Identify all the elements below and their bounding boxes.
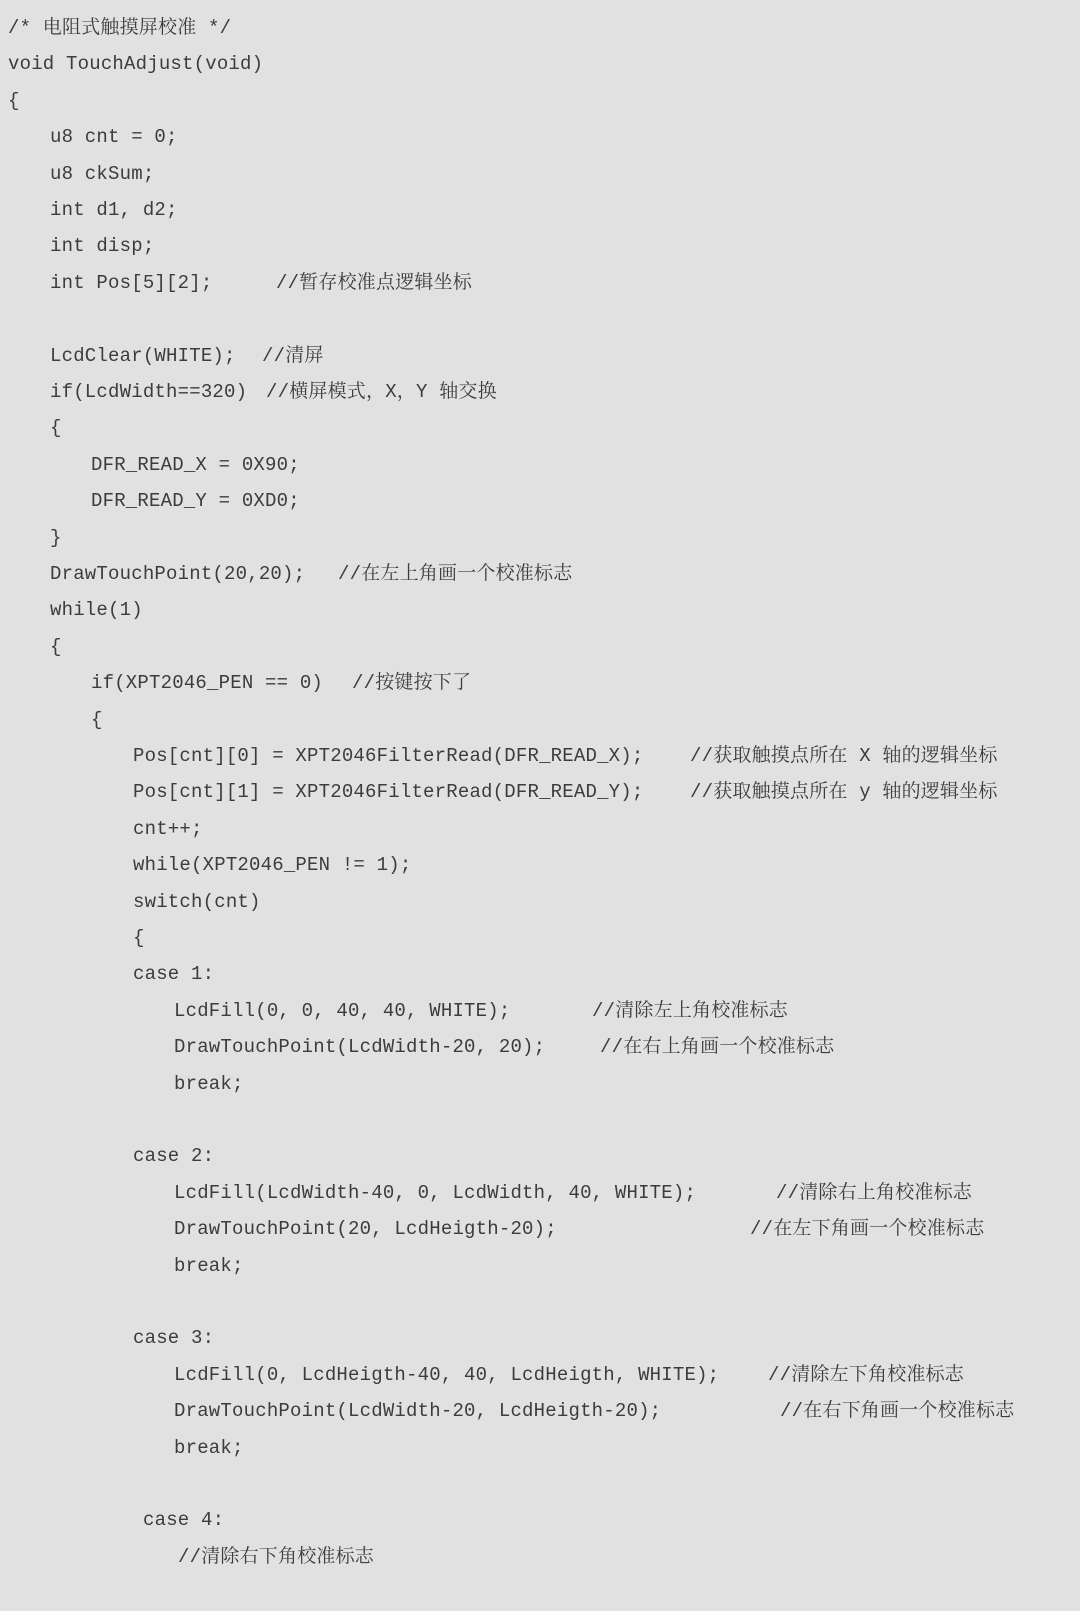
code-line: switch(cnt) <box>133 884 261 920</box>
code-line: { <box>8 83 20 119</box>
code-line: { <box>50 410 62 446</box>
code-line: DFR_READ_Y = 0XD0; <box>91 483 300 519</box>
code-line: break; <box>174 1248 244 1284</box>
code-comment: //在左下角画一个校准标志 <box>750 1211 984 1247</box>
code-line: DrawTouchPoint(LcdWidth-20, LcdHeigth-20… <box>174 1393 661 1429</box>
code-line: case 1: <box>133 956 214 992</box>
code-line: DFR_READ_X = 0X90; <box>91 447 300 483</box>
code-comment: //在左上角画一个校准标志 <box>338 556 572 592</box>
code-line: Pos[cnt][1] = XPT2046FilterRead(DFR_READ… <box>133 774 643 810</box>
code-line: int Pos[5][2]; <box>50 265 212 301</box>
code-line: { <box>133 920 145 956</box>
code-comment: //清屏 <box>262 338 324 374</box>
code-comment: //在右下角画一个校准标志 <box>780 1393 1014 1429</box>
code-comment: //清除右下角校准标志 <box>178 1539 374 1575</box>
code-line: } <box>50 520 62 556</box>
code-line: break; <box>174 1066 244 1102</box>
code-line: case 4: <box>143 1502 224 1538</box>
code-line: case 2: <box>133 1138 214 1174</box>
code-line: DrawTouchPoint(20, LcdHeigth-20); <box>174 1211 557 1247</box>
code-line: /* 电阻式触摸屏校准 */ <box>8 10 231 46</box>
code-comment: //获取触摸点所在 X 轴的逻辑坐标 <box>690 738 998 774</box>
code-line: void TouchAdjust(void) <box>8 46 263 82</box>
code-line: LcdFill(0, LcdHeigth-40, 40, LcdHeigth, … <box>174 1357 719 1393</box>
code-line: while(XPT2046_PEN != 1); <box>133 847 411 883</box>
code-line: u8 ckSum; <box>50 156 154 192</box>
code-line: LcdFill(0, 0, 40, 40, WHITE); <box>174 993 510 1029</box>
code-line: case 3: <box>133 1320 214 1356</box>
code-comment: //按键按下了 <box>352 665 471 701</box>
code-comment: //暂存校准点逻辑坐标 <box>276 265 472 301</box>
code-comment: //在右上角画一个校准标志 <box>600 1029 834 1065</box>
code-comment: //清除右上角校准标志 <box>776 1175 972 1211</box>
code-line: while(1) <box>50 592 143 628</box>
code-line: Pos[cnt][0] = XPT2046FilterRead(DFR_READ… <box>133 738 643 774</box>
code-comment: //清除左上角校准标志 <box>592 993 788 1029</box>
code-comment: //横屏模式，X，Y 轴交换 <box>266 374 497 410</box>
code-comment: //获取触摸点所在 y 轴的逻辑坐标 <box>690 774 998 810</box>
code-line: if(LcdWidth==320) <box>50 374 247 410</box>
code-line: int disp; <box>50 228 154 264</box>
code-line: DrawTouchPoint(20,20); <box>50 556 305 592</box>
code-line: { <box>91 702 103 738</box>
code-line: u8 cnt = 0; <box>50 119 178 155</box>
code-line: { <box>50 629 62 665</box>
code-comment: //清除左下角校准标志 <box>768 1357 964 1393</box>
code-line: LcdClear(WHITE); <box>50 338 236 374</box>
code-line: DrawTouchPoint(LcdWidth-20, 20); <box>174 1029 545 1065</box>
code-line: int d1, d2; <box>50 192 178 228</box>
code-line: if(XPT2046_PEN == 0) <box>91 665 323 701</box>
code-line: cnt++; <box>133 811 203 847</box>
code-line: break; <box>174 1430 244 1466</box>
code-line: LcdFill(LcdWidth-40, 0, LcdWidth, 40, WH… <box>174 1175 696 1211</box>
